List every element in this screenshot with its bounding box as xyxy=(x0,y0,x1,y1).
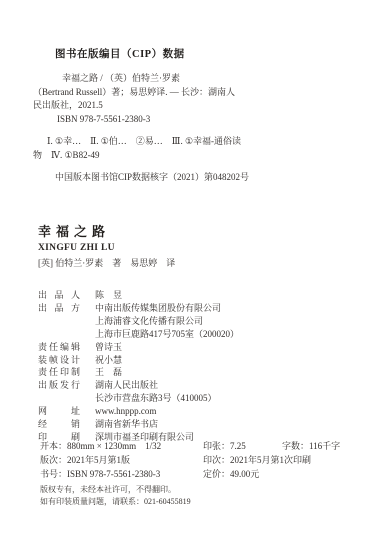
imprint-label: 出品人 xyxy=(38,289,80,302)
imprint-label: 责任印制 xyxy=(38,366,80,379)
imprint-label xyxy=(38,315,80,328)
classification-line: Ⅰ. ①幸… Ⅱ. ①伯… ②易… Ⅲ. ①幸福-通俗读 xyxy=(33,135,375,149)
imprint-value: 长沙市营盘东路3号（410005） xyxy=(95,392,217,405)
cip-record-line: （Bertrand Russell）著；易思婷译. — 长沙：湖南人 xyxy=(33,86,283,100)
book-copyright-page: { "cip": { "header": "图书在版编目（CIP）数据", "r… xyxy=(0,0,375,555)
metric-edition: 版次：2021年5月第1版 xyxy=(40,453,203,467)
book-title-pinyin: XINGFU ZHI LU xyxy=(38,242,175,254)
imprint-label: 责任编辑 xyxy=(38,341,80,354)
imprint-row: 网址 www.hnppp.com xyxy=(38,405,239,418)
cip-record-line: 幸福之路 / （英）伯特兰·罗素 xyxy=(33,72,283,86)
notice-line: 如有印装质量问题，请联系：021-60455819 xyxy=(40,496,191,508)
metric-isbn: 书号：ISBN 978-7-5561-2380-3 xyxy=(40,467,203,481)
imprint-row: 经销 湖南省新华书店 xyxy=(38,418,239,431)
classification-line: 物 Ⅳ. ①B82-49 xyxy=(33,149,375,163)
imprint-value: 上海浦睿文化传播有限公司 xyxy=(95,315,203,328)
metrics-row: 开本：880mm × 1230mm 1/32 印张：7.25 字数：116千字 xyxy=(40,439,340,453)
imprint-row: 长沙市营盘东路3号（410005） xyxy=(38,392,239,405)
imprint-row: 责任编辑 曾诗玉 xyxy=(38,341,239,354)
cip-registry-number: 中国版本图书馆CIP数据核字（2021）第048202号 xyxy=(55,170,375,183)
imprint-row: 责任印制 王 磊 xyxy=(38,366,239,379)
imprint-label: 网址 xyxy=(38,405,80,418)
imprint-label: 出品方 xyxy=(38,302,80,315)
notice-line: 版权专有，未经本社许可，不得翻印。 xyxy=(40,484,191,496)
imprint-row: 出品人 陈 昱 xyxy=(38,289,239,302)
imprint-value: 曾诗玉 xyxy=(95,341,122,354)
imprint-label xyxy=(38,328,80,341)
title-block: 幸福之路 XINGFU ZHI LU [英] 伯特兰·罗素 著 易思婷 译 xyxy=(38,224,175,270)
imprint-block: 出品人 陈 昱 出品方 中南出版传媒集团股份有限公司 上海浦睿文化传播有限公司 … xyxy=(38,289,239,444)
imprint-value: 陈 昱 xyxy=(95,289,122,302)
imprint-label: 装帧设计 xyxy=(38,354,80,367)
cip-classification: Ⅰ. ①幸… Ⅱ. ①伯… ②易… Ⅲ. ①幸福-通俗读 物 Ⅳ. ①B82-4… xyxy=(33,135,375,162)
metrics-row: 版次：2021年5月第1版 印次：2021年5月第1次印刷 xyxy=(40,453,340,467)
cip-block: 图书在版编目（CIP）数据 幸福之路 / （英）伯特兰·罗素 （Bertrand… xyxy=(0,46,375,183)
copyright-notices: 版权专有，未经本社许可，不得翻印。 如有印装质量问题，请联系：021-60455… xyxy=(40,484,191,508)
imprint-label: 出版发行 xyxy=(38,379,80,392)
book-title: 幸福之路 xyxy=(38,224,175,240)
imprint-row: 上海市巨鹿路417号705室（200020） xyxy=(38,328,239,341)
imprint-label: 经销 xyxy=(38,418,80,431)
imprint-value: 湖南人民出版社 xyxy=(95,379,158,392)
imprint-row: 上海浦睿文化传播有限公司 xyxy=(38,315,239,328)
imprint-row: 出版发行 湖南人民出版社 xyxy=(38,379,239,392)
metric-impression: 印次：2021年5月第1次印刷 xyxy=(203,453,311,467)
imprint-value: www.hnppp.com xyxy=(95,405,156,418)
imprint-label xyxy=(38,392,80,405)
metric-format: 开本：880mm × 1230mm 1/32 xyxy=(40,439,203,453)
metric-word-count: 字数：116千字 xyxy=(282,439,340,453)
cip-header: 图书在版编目（CIP）数据 xyxy=(55,46,375,61)
cip-isbn-line: ISBN 978-7-5561-2380-3 xyxy=(33,113,283,127)
metric-sheets: 印张：7.25 xyxy=(203,439,282,453)
metrics-row: 书号：ISBN 978-7-5561-2380-3 定价：49.00元 xyxy=(40,467,340,481)
imprint-value: 中南出版传媒集团股份有限公司 xyxy=(95,302,221,315)
imprint-row: 出品方 中南出版传媒集团股份有限公司 xyxy=(38,302,239,315)
print-metrics-block: 开本：880mm × 1230mm 1/32 印张：7.25 字数：116千字 … xyxy=(40,439,340,481)
cip-record-line: 民出版社，2021.5 xyxy=(33,99,283,113)
cip-record: 幸福之路 / （英）伯特兰·罗素 （Bertrand Russell）著；易思婷… xyxy=(33,72,283,126)
imprint-value: 湖南省新华书店 xyxy=(95,418,158,431)
metric-price: 定价：49.00元 xyxy=(203,467,282,481)
imprint-value: 祝小慧 xyxy=(95,354,122,367)
imprint-value: 上海市巨鹿路417号705室（200020） xyxy=(95,328,239,341)
imprint-value: 王 磊 xyxy=(95,366,122,379)
imprint-row: 装帧设计 祝小慧 xyxy=(38,354,239,367)
book-byline: [英] 伯特兰·罗素 著 易思婷 译 xyxy=(38,257,175,270)
